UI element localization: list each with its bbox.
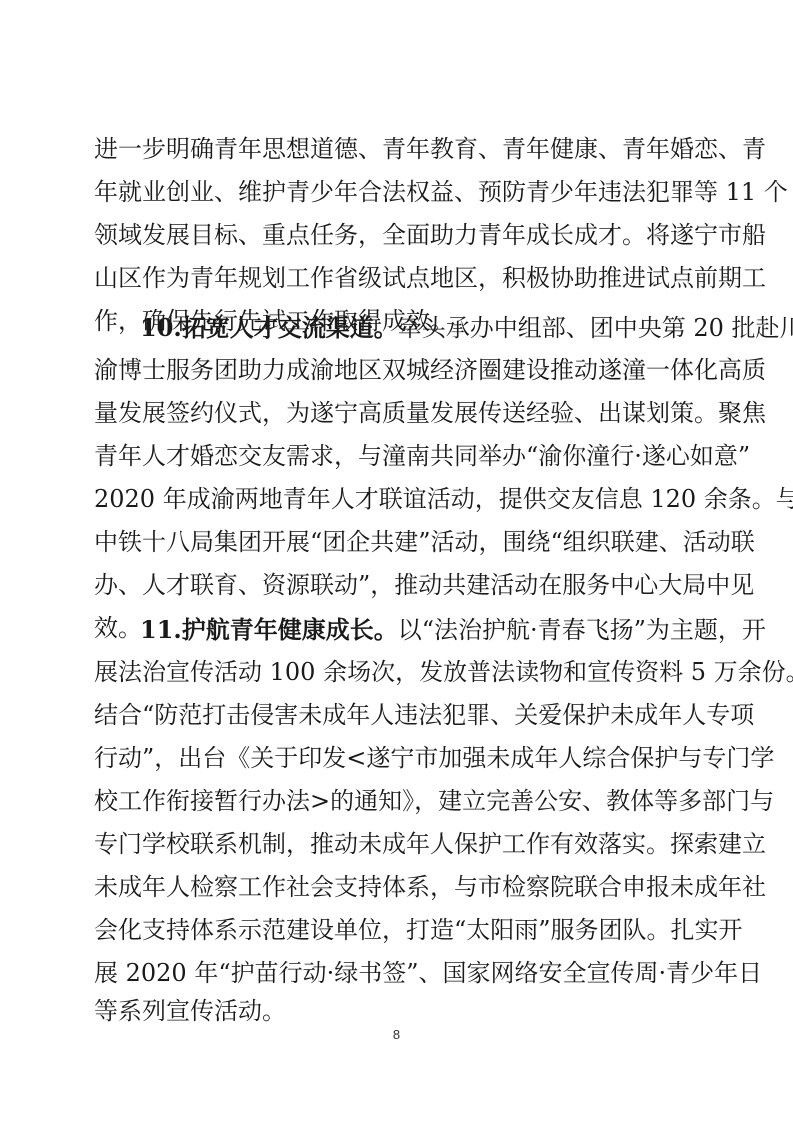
text-line: 2020 年成渝两地青年人才联谊活动，提供交友信息 120 余条。与 [94, 478, 706, 521]
text-line: 进一步明确青年思想道德、青年教育、青年健康、青年婚恋、青 [94, 128, 706, 171]
text-line: 办、人才联育、资源联动”，推动共建活动在服务中心大局中见 [94, 564, 706, 607]
text-line: 渝博士服务团助力成渝地区双城经济圈建设推动遂潼一体化高质 [94, 349, 706, 392]
section-heading-11: 11.护航青年健康成长。 [140, 615, 398, 644]
text-line: 专门学校联系机制，推动未成年人保护工作有效落实。探索建立 [94, 823, 706, 866]
paragraph-10-first-line: 10.拓宽人才交流渠道。牵头承办中组部、团中央第 20 批赴川 [140, 306, 706, 349]
text-line: 领域发展目标、重点任务，全面助力青年成长成才。将遂宁市船 [94, 214, 706, 257]
text-line: 展法治宣传活动 100 余场次，发放普法读物和宣传资料 5 万余份。 [94, 651, 706, 694]
text-run: 牵头承办中组部、团中央第 20 批赴川 [398, 314, 793, 342]
text-line: 未成年人检察工作社会支持体系，与市检察院联合申报未成年社 [94, 866, 706, 909]
text-line: 青年人才婚恋交友需求，与潼南共同举办“渝你潼行·遂心如意” [94, 435, 706, 478]
text-line: 会化支持体系示范建设单位，打造“太阳雨”服务团队。扎实开 [94, 909, 706, 952]
section-heading-10: 10.拓宽人才交流渠道。 [140, 313, 398, 342]
text-line: 量发展签约仪式，为遂宁高质量发展传送经验、出谋划策。聚焦 [94, 392, 706, 435]
text-line: 行动”，出台《关于印发<遂宁市加强未成年人综合保护与专门学 [94, 737, 706, 780]
text-line: 展 2020 年“护苗行动·绿书签”、国家网络安全宣传周·青少年日 [94, 952, 706, 995]
text-line: 校工作衔接暂行办法>的通知》，建立完善公安、教体等多部门与 [94, 780, 706, 823]
text-line: 中铁十八局集团开展“团企共建”活动，围绕“组织联建、活动联 [94, 521, 706, 564]
text-run: 以“法治护航·青春飞扬”为主题，开 [398, 616, 766, 644]
text-line: 结合“防范打击侵害未成年人违法犯罪、关爱保护未成年人专项 [94, 694, 706, 737]
document-page: 进一步明确青年思想道德、青年教育、青年健康、青年婚恋、青 年就业创业、维护青少年… [0, 0, 793, 1122]
page-number: 8 [0, 1027, 793, 1042]
text-line: 山区作为青年规划工作省级试点地区，积极协助推进试点前期工 [94, 257, 706, 300]
text-line: 年就业创业、维护青少年合法权益、预防青少年违法犯罪等 11 个 [94, 171, 706, 214]
paragraph-11-first-line: 11.护航青年健康成长。以“法治护航·青春飞扬”为主题，开 [140, 608, 706, 651]
